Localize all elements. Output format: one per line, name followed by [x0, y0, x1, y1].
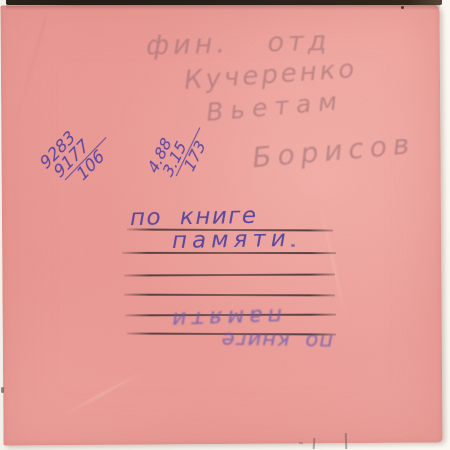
pencil-mark: [313, 438, 316, 449]
pencil-mark: [299, 442, 303, 445]
pencil-note-department: фин. отд: [146, 26, 331, 62]
scan-top-edge-shadow: [6, 5, 440, 10]
ink-title-line-2: памяти: [172, 226, 291, 254]
inverted-ink-offset-block: по книге памяти: [163, 305, 335, 353]
inverted-ink-line-2: памяти: [167, 303, 283, 332]
scanned-notebook-cover: фин. отд Кучеренко Вьетам Борисов 9283 9…: [0, 0, 450, 450]
paper-crease: [9, 16, 47, 147]
ink-dot: [291, 244, 295, 247]
paper-crease: [60, 370, 145, 417]
inverted-ink-line-1: по книге: [221, 328, 334, 354]
paper-speck: [1, 387, 4, 393]
paper-speck: [401, 6, 404, 9]
